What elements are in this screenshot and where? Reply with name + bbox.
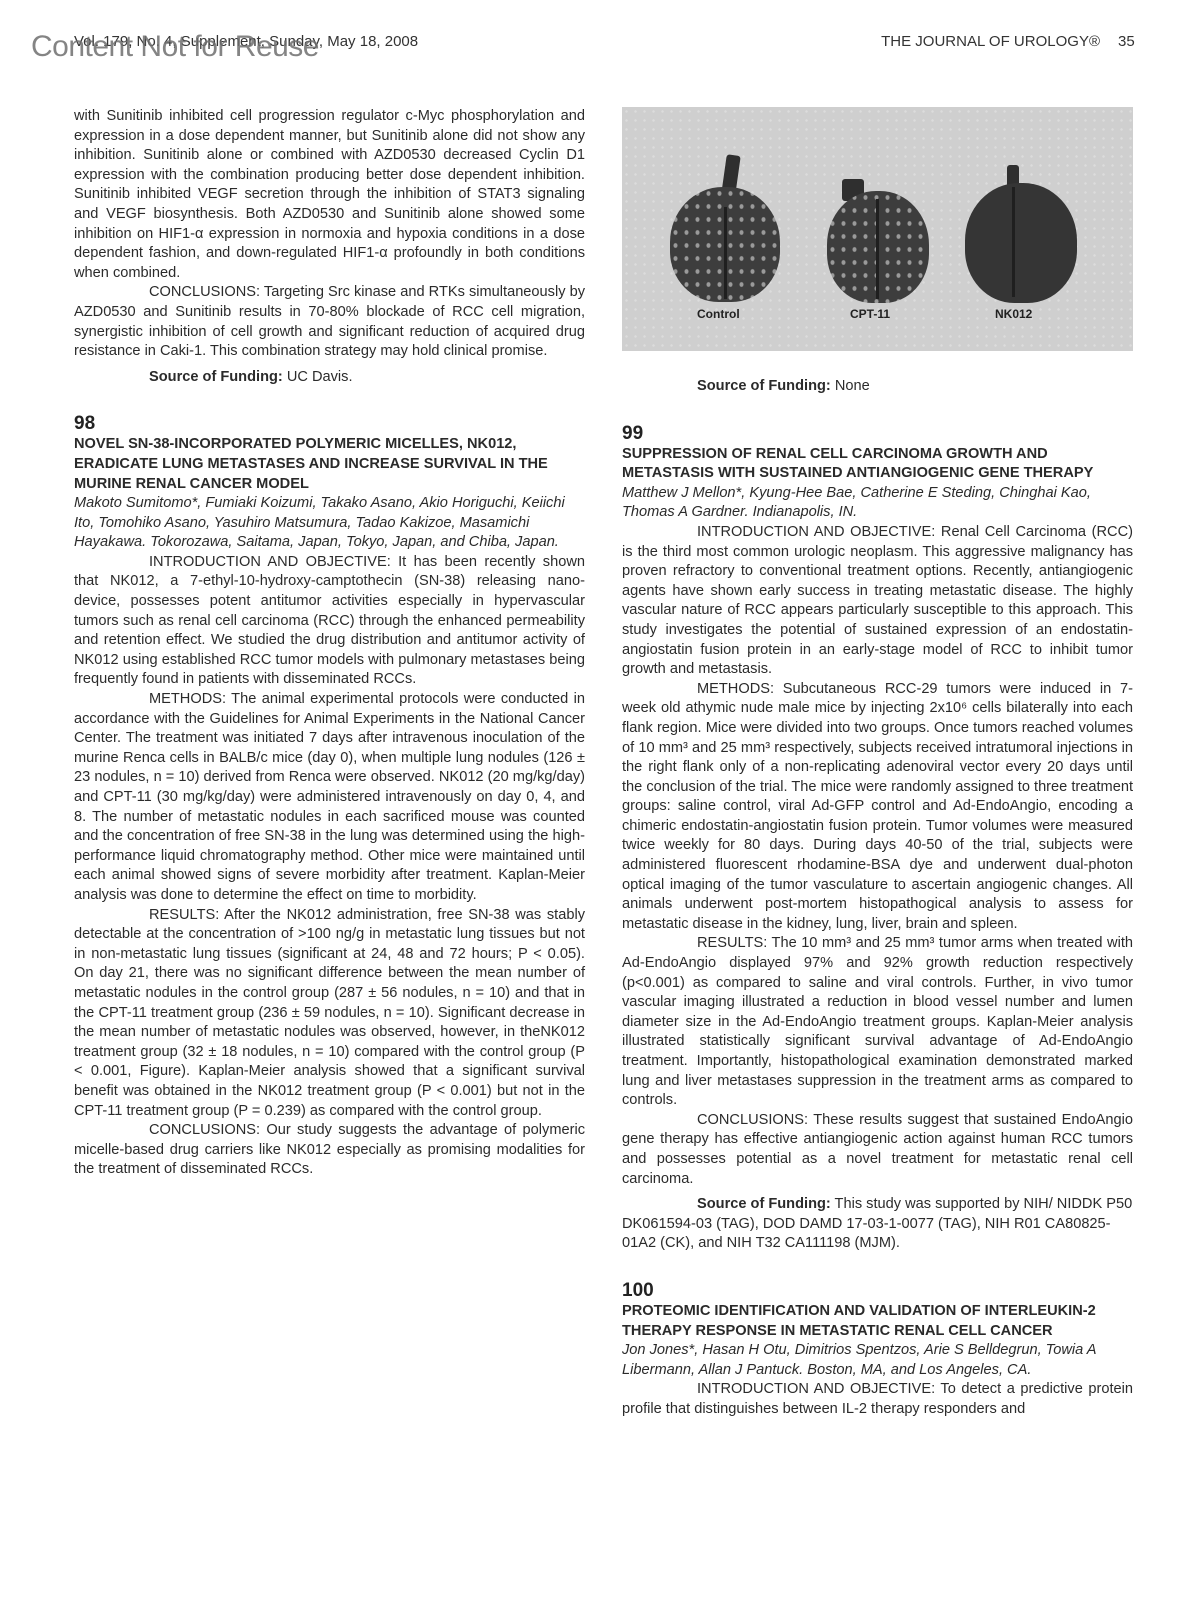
nk012-lung-split — [1012, 187, 1015, 297]
figure-label-nk012: NK012 — [995, 305, 1032, 325]
nk012-lung — [965, 183, 1077, 303]
figure-label-cpt11: CPT-11 — [850, 305, 890, 325]
funding-value: None — [831, 378, 870, 394]
abstract-title: SUPPRESSION OF RENAL CELL CARCINOMA GROW… — [622, 445, 1133, 484]
continued-conclusions: CONCLUSIONS: Targeting Src kinase and RT… — [74, 283, 585, 361]
figure-label-control: Control — [697, 305, 740, 325]
figure-funding: Source of Funding: None — [622, 377, 1133, 397]
abstract-number: 98 — [74, 413, 585, 435]
abstract-introduction: INTRODUCTION AND OBJECTIVE: It has been … — [74, 553, 585, 690]
abstract-introduction: INTRODUCTION AND OBJECTIVE: Renal Cell C… — [622, 523, 1133, 680]
abstract-title: NOVEL SN-38-INCORPORATED POLYMERIC MICEL… — [74, 435, 585, 494]
abstract-number: 99 — [622, 423, 1133, 445]
abstract-number: 100 — [622, 1280, 1133, 1302]
abstract-methods: METHODS: The animal experimental protoco… — [74, 690, 585, 906]
control-lung-split — [724, 207, 727, 299]
abstract-title: PROTEOMIC IDENTIFICATION AND VALIDATION … — [622, 1302, 1133, 1341]
abstract-authors: Matthew J Mellon*, Kyung-Hee Bae, Cather… — [622, 484, 1133, 523]
abstract-results: RESULTS: The 10 mm³ and 25 mm³ tumor arm… — [622, 934, 1133, 1110]
abstract-100: 100 PROTEOMIC IDENTIFICATION AND VALIDAT… — [622, 1280, 1133, 1420]
abstract-methods: METHODS: Subcutaneous RCC-29 tumors were… — [622, 680, 1133, 935]
cpt11-lung-split — [876, 199, 879, 299]
right-column: Control CPT-11 NK012 Source of Funding: … — [622, 107, 1133, 1420]
abstract-98: 98 NOVEL SN-38-INCORPORATED POLYMERIC MI… — [74, 413, 585, 1180]
running-header-left: Vol. 179, No. 4, Supplement, Sunday, May… — [74, 33, 418, 50]
abstract-authors: Makoto Sumitomo*, Fumiaki Koizumi, Takak… — [74, 494, 585, 553]
abstract-99: 99 SUPPRESSION OF RENAL CELL CARCINOMA G… — [622, 423, 1133, 1254]
funding-label: Source of Funding: — [697, 378, 831, 394]
abstract-conclusions: CONCLUSIONS: Our study suggests the adva… — [74, 1121, 585, 1180]
abstract-introduction: INTRODUCTION AND OBJECTIVE: To detect a … — [622, 1380, 1133, 1419]
funding-label: Source of Funding: — [697, 1196, 831, 1212]
funding-value: UC Davis. — [283, 369, 353, 385]
continued-abstract-text: with Sunitinib inhibited cell progressio… — [74, 107, 585, 283]
page-number: 35 — [1118, 33, 1135, 50]
lung-photo-figure: Control CPT-11 NK012 — [622, 107, 1133, 351]
abstract-conclusions: CONCLUSIONS: These results suggest that … — [622, 1111, 1133, 1189]
left-column: with Sunitinib inhibited cell progressio… — [74, 107, 585, 1180]
abstract-results: RESULTS: After the NK012 administration,… — [74, 906, 585, 1122]
abstract-authors: Jon Jones*, Hasan H Otu, Dimitrios Spent… — [622, 1341, 1133, 1380]
abstract-funding: Source of Funding: This study was suppor… — [622, 1195, 1133, 1254]
continued-funding: Source of Funding: UC Davis. — [74, 368, 585, 388]
journal-title: THE JOURNAL OF UROLOGY® — [881, 33, 1100, 50]
funding-label: Source of Funding: — [149, 369, 283, 385]
